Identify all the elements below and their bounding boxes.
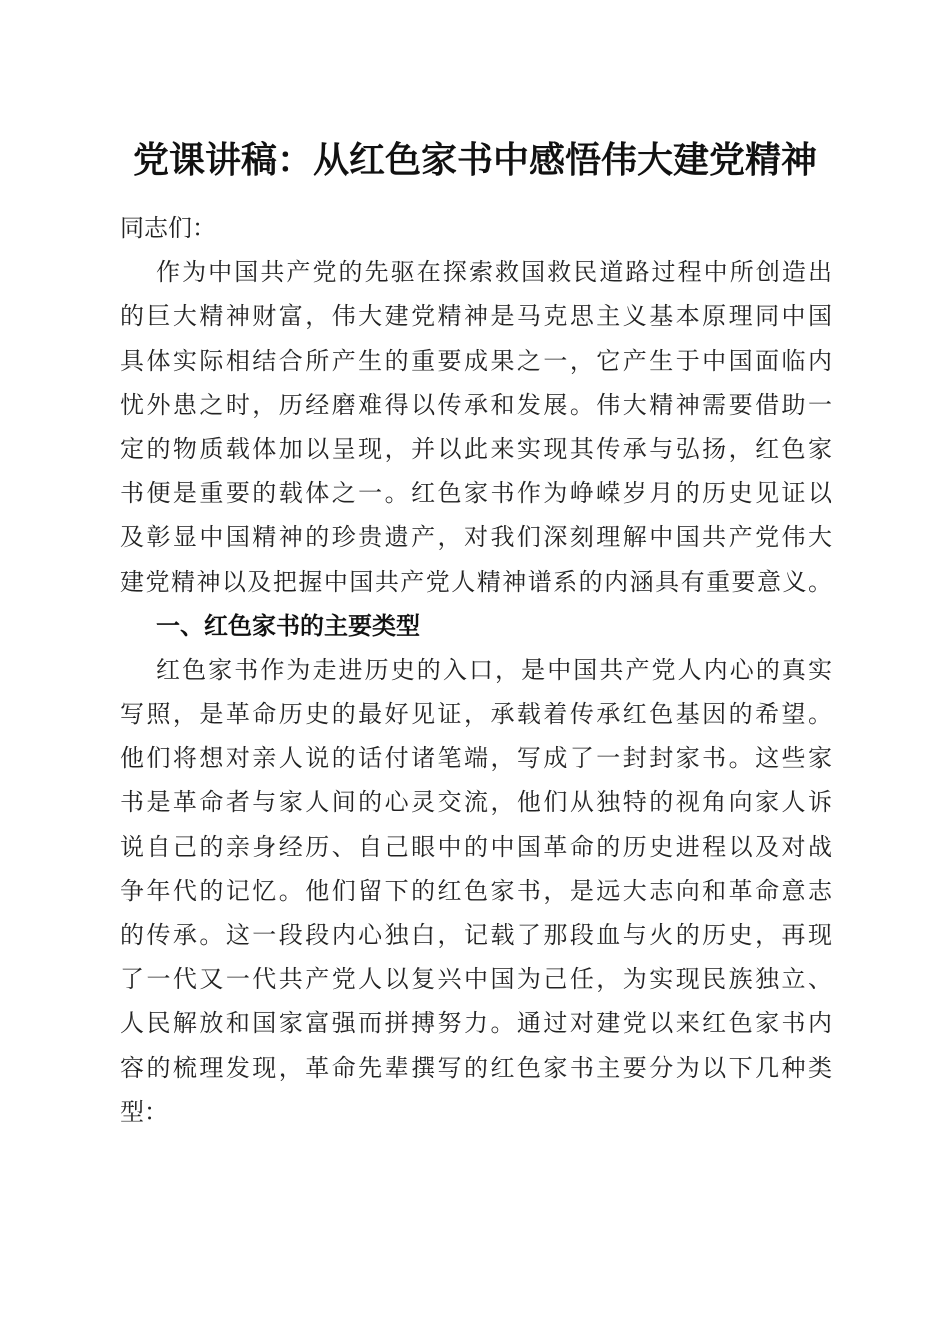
document-title: 党课讲稿：从红色家书中感悟伟大建党精神 [0, 134, 950, 186]
paragraph-intro: 作为中国共产党的先驱在探索救国救民道路过程中所创造出 的巨大精神财富，伟大建党精… [120, 250, 832, 604]
paragraph-line: 红色家书作为走进历史的入口，是中国共产党人内心的真实 [120, 648, 832, 692]
paragraph-line: 争年代的记忆。他们留下的红色家书，是远大志向和革命意志 [120, 869, 832, 913]
paragraph-line: 书便是重要的载体之一。红色家书作为峥嵘岁月的历史见证以 [120, 471, 832, 515]
salutation: 同志们： [120, 206, 832, 250]
paragraph-line: 作为中国共产党的先驱在探索救国救民道路过程中所创造出 [120, 250, 832, 294]
paragraph-line: 建党精神以及把握中国共产党人精神谱系的内涵具有重要意义。 [120, 560, 832, 604]
paragraph-line: 他们将想对亲人说的话付诸笔端，写成了一封封家书。这些家 [120, 736, 832, 780]
paragraph-line: 写照，是革命历史的最好见证，承载着传承红色基因的希望。 [120, 692, 832, 736]
paragraph-line: 及彰显中国精神的珍贵遗产，对我们深刻理解中国共产党伟大 [120, 515, 832, 559]
paragraph-line: 人民解放和国家富强而拼搏努力。通过对建党以来红色家书内 [120, 1001, 832, 1045]
paragraph-line: 书是革命者与家人间的心灵交流，他们从独特的视角向家人诉 [120, 780, 832, 824]
document-page: 党课讲稿：从红色家书中感悟伟大建党精神 同志们： 作为中国共产党的先驱在探索救国… [0, 0, 950, 1344]
paragraph-line: 具体实际相结合所产生的重要成果之一，它产生于中国面临内 [120, 339, 832, 383]
paragraph-line: 定的物质载体加以呈现，并以此来实现其传承与弘扬，红色家 [120, 427, 832, 471]
paragraph-section-one: 红色家书作为走进历史的入口，是中国共产党人内心的真实 写照，是革命历史的最好见证… [120, 648, 832, 1134]
paragraph-line: 容的梳理发现，革命先辈撰写的红色家书主要分为以下几种类 [120, 1046, 832, 1090]
paragraph-line: 型： [120, 1090, 832, 1134]
paragraph-line: 了一代又一代共产党人以复兴中国为己任，为实现民族独立、 [120, 957, 832, 1001]
paragraph-line: 说自己的亲身经历、自己眼中的中国革命的历史进程以及对战 [120, 825, 832, 869]
document-body: 同志们： 作为中国共产党的先驱在探索救国救民道路过程中所创造出 的巨大精神财富，… [120, 206, 832, 1134]
paragraph-line: 的巨大精神财富，伟大建党精神是马克思主义基本原理同中国 [120, 294, 832, 338]
paragraph-line: 的传承。这一段段内心独白，记载了那段血与火的历史，再现 [120, 913, 832, 957]
section-heading: 一、红色家书的主要类型 [120, 604, 832, 648]
paragraph-line: 忧外患之时，历经磨难得以传承和发展。伟大精神需要借助一 [120, 383, 832, 427]
